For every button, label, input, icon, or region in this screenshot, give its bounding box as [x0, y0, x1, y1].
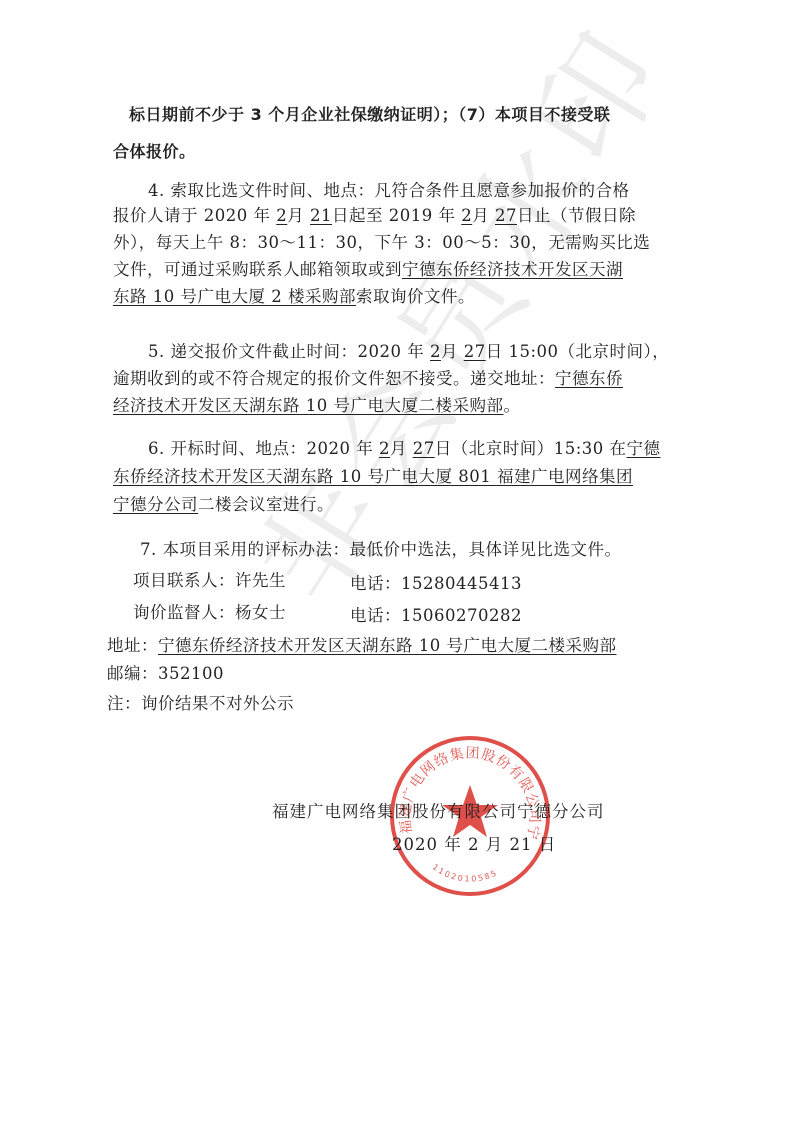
postcode-value: 352100: [158, 664, 224, 683]
svg-text:1102010585: 1102010585: [431, 862, 500, 883]
section-5-line-2: 逾期收到的或不符合规定的报价文件恕不接受。递交地址：宁德东侨: [113, 368, 623, 390]
contact-2-name: 杨女士: [235, 603, 286, 622]
contact-1-role: 项目联系人：许先生: [133, 570, 286, 592]
contact-2-phone-number: 15060270282: [401, 606, 522, 625]
contact-2-phone: 电话：15060270282: [350, 605, 522, 627]
section-6-line-3: 宁德分公司二楼会议室进行。: [113, 494, 334, 516]
section-4-line-2: 报价人请于 2020 年 2月 21日起至 2019 年 2月 27日止（节假日…: [113, 205, 636, 227]
contact-2-role: 询价监督人：杨女士: [133, 602, 286, 624]
contact-1-phone-number: 15280445413: [401, 574, 522, 593]
section-6-line-2: 东侨经济技术开发区天湖东路 10 号广电大厦 801 福建广电网络集团: [113, 466, 633, 488]
section-4-line-5: 东路 10 号广电大厦 2 楼采购部索取询价文件。: [113, 286, 475, 308]
section-4-line-3: 外），每天上午 8：30～11：30，下午 3：00～5：30，无需购买比选: [113, 232, 650, 254]
contact-1-name: 许先生: [235, 571, 286, 590]
section-5-line-3: 经济技术开发区天湖东路 10 号广电大厦二楼采购部。: [113, 395, 521, 417]
address-value: 宁德东侨经济技术开发区天湖东路 10 号广电大厦二楼采购部: [158, 636, 617, 655]
section-4-line-1: 4. 索取比选文件时间、地点：凡符合条件且愿意参加报价的合格: [148, 180, 630, 202]
postcode-line: 邮编：352100: [107, 663, 224, 685]
note-line: 注：询价结果不对外公示: [107, 693, 294, 715]
contact-1-phone: 电话：15280445413: [350, 573, 522, 595]
document-page: 非会员水印 标日期前不少于 3 个月企业社保缴纳证明）；（7）本项目不接受联 合…: [0, 0, 793, 1121]
watermark: 非会员水印: [210, 0, 700, 631]
address-line: 地址：宁德东侨经济技术开发区天湖东路 10 号广电大厦二楼采购部: [107, 635, 617, 657]
section-5-line-1: 5. 递交报价文件截止时间：2020 年 2月 27日 15:00（北京时间），: [148, 341, 669, 363]
section-6-line-1: 6. 开标时间、地点：2020 年 2月 27日（北京时间）15:30 在宁德: [148, 438, 661, 460]
paragraph-continuation-line-2: 合体报价。: [113, 141, 196, 163]
signature-date: 2020 年 2 月 21 日: [392, 831, 556, 855]
address-link: 宁德东侨经济技术开发区天湖: [402, 260, 623, 279]
section-7-line-1: 7. 本项目采用的评标办法：最低价中选法，具体详见比选文件。: [140, 539, 622, 561]
signature-company: 福建广电网络集团股份有限公司宁德分公司: [272, 798, 605, 822]
paragraph-continuation-line-1: 标日期前不少于 3 个月企业社保缴纳证明）；（7）本项目不接受联: [129, 104, 610, 126]
section-4-line-4: 文件，可通过采购联系人邮箱领取或到宁德东侨经济技术开发区天湖: [113, 259, 623, 281]
